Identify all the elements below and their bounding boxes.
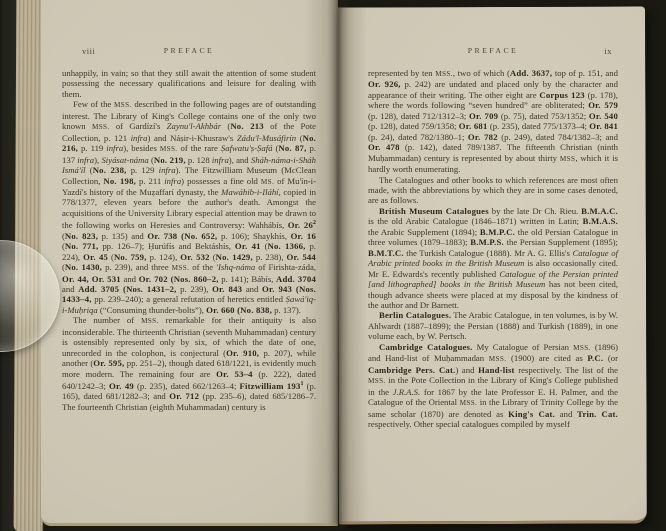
page-number-right: ix: [604, 46, 612, 56]
text-run: the Persian Supplement (1895);: [504, 237, 618, 247]
text-run: p. 239), and three: [102, 262, 172, 272]
text-run: No. 823,: [65, 231, 98, 241]
text-run: by the late Dr Ch. Rieu.: [489, 206, 581, 216]
text-run: Cambridge Pers. Cat.: [368, 365, 455, 375]
text-run: MSS.: [435, 70, 453, 78]
text-run: Or. 540: [589, 111, 618, 121]
text-run: MSS.: [460, 399, 478, 407]
text-run: (: [261, 241, 268, 251]
text-run: P.C.: [587, 353, 603, 363]
text-run: MSS.: [160, 145, 178, 153]
text-run: Cambridge Catalogues.: [379, 342, 473, 352]
text-run: , two of which (: [453, 68, 510, 78]
text-run: No. 219,: [154, 155, 186, 165]
text-run: No. 759,: [114, 252, 147, 262]
text-run: Or. 45: [83, 252, 108, 262]
text-run: (: [221, 121, 230, 131]
text-run: Or. 41: [235, 241, 261, 251]
text-run: p. 128: [186, 155, 212, 165]
text-run: pp. 239–240); a general refutation of he…: [92, 294, 286, 304]
left-page-body: unhappily, in vain; so that they still a…: [62, 68, 316, 412]
left-page-text: viii PREFACE unhappily, in vain; so that…: [62, 46, 316, 412]
text-run: of the rare: [177, 143, 220, 153]
book-gutter: [327, 0, 349, 529]
text-run: The Catalogues and other books to which …: [368, 175, 618, 206]
text-run: Or. 660 (No. 838,: [206, 305, 272, 315]
text-run: King's Cat.: [508, 409, 555, 419]
text-run: Or. 681: [459, 121, 488, 131]
text-run: p. 124),: [147, 252, 181, 262]
text-run: No. 198,: [103, 176, 136, 186]
text-run: p. 238),: [253, 252, 287, 262]
text-run: B.M.T.C.: [368, 248, 404, 258]
text-run: J.R.A.S.: [393, 387, 421, 397]
text-run: Hand-list: [478, 365, 515, 375]
text-run: unhappily, in vain; so that they still a…: [62, 68, 316, 99]
text-run: British Museum Catalogues: [379, 206, 489, 216]
paragraph: represented by ten MSS., two of which (A…: [368, 68, 618, 175]
text-run: Or. 782: [468, 132, 498, 142]
text-run: MSS.: [573, 344, 591, 352]
text-run: No. 1429,: [216, 252, 253, 262]
text-run: B.M.P.C.: [480, 227, 515, 237]
text-run: of Gardízí's: [110, 121, 167, 131]
text-run: No. 1366,: [268, 241, 306, 251]
text-run: infra: [77, 155, 94, 165]
running-title-left: PREFACE: [62, 46, 316, 55]
left-page-header: viii PREFACE: [62, 46, 316, 68]
text-run: No. 213: [230, 121, 264, 131]
text-run: and: [62, 284, 78, 294]
right-page-text: PREFACE ix represented by ten MSS., two …: [368, 46, 618, 429]
text-run: MSS.: [489, 355, 507, 363]
paragraph: British Museum Catalogues by the late Dr…: [368, 206, 618, 311]
text-run: Add. 3637,: [510, 68, 552, 78]
text-run: infra: [131, 133, 148, 143]
right-page-body: represented by ten MSS., two of which (A…: [368, 68, 618, 429]
paragraph: Few of the MSS. described in the followi…: [62, 99, 316, 315]
text-run: My Catalogue of Persian: [473, 342, 574, 352]
right-page-header: PREFACE ix: [368, 46, 618, 68]
paragraph: Cambridge Catalogues. My Catalogue of Pe…: [368, 342, 618, 430]
book-photo-backdrop: viii PREFACE unhappily, in vain; so that…: [0, 0, 666, 531]
text-run: Or. 926,: [368, 79, 401, 89]
text-run: (p. 128), dated 759/1358;: [368, 121, 459, 131]
text-run: MSS.: [114, 101, 132, 109]
text-run: MSS.: [172, 264, 190, 272]
paragraph: unhappily, in vain; so that they still a…: [62, 68, 316, 99]
text-run: Or. 595,: [93, 358, 124, 368]
text-run: Trin. Cat.: [577, 409, 618, 419]
text-run: MSS: [560, 155, 575, 163]
text-run: (p. 24), dated 782/1380–1;: [368, 132, 468, 142]
text-run: the Arabic Supplement (1894);: [368, 227, 480, 237]
text-run: Ṣafwatu'ṣ-Ṣafá: [221, 143, 273, 153]
text-run: Add. 3704: [276, 274, 316, 284]
text-run: p. 129: [127, 165, 159, 175]
text-run: (p. 235), dated 662/1263–4;: [134, 381, 240, 391]
paragraph: The Catalogues and other books to which …: [368, 175, 618, 206]
text-run: p. 141); Bábís,: [219, 274, 276, 284]
text-run: MS.: [261, 178, 274, 186]
text-run: Or. 532: [180, 252, 209, 262]
text-run: Few of the: [73, 99, 114, 109]
text-run: (or: [603, 353, 618, 363]
text-run: MSS.: [92, 123, 110, 131]
text-run: Zaynu'l-Akhbár: [167, 121, 221, 131]
text-run: p. 135) and: [98, 231, 147, 241]
text-run: No. 238,: [93, 165, 127, 175]
text-run: Or. 579: [588, 100, 618, 110]
text-run: infra: [106, 143, 123, 153]
text-run: infra: [212, 155, 229, 165]
text-run: infra: [164, 176, 181, 186]
text-run: Or. 738 (No. 652,: [147, 231, 217, 241]
text-run: B.M.A.C.: [581, 206, 618, 216]
text-run: the Turkish Catalogue (1888). Mr A. G. E…: [404, 248, 573, 258]
text-run: Or. 478: [368, 142, 400, 152]
text-run: respectively. The list of the: [515, 365, 618, 375]
text-run: Or. 544: [287, 252, 316, 262]
text-run: Or. 712: [169, 391, 199, 401]
paragraph: Berlin Catalogues. The Arabic Catalogue,…: [368, 310, 618, 341]
text-run: top of p. 151, and: [552, 68, 618, 78]
text-run: p. 239),: [177, 284, 213, 294]
text-run: Zádu'l-Musáfirín: [237, 133, 296, 143]
text-run: Or. 16: [291, 231, 316, 241]
text-run: No. 771,: [65, 241, 99, 251]
text-run: (1900) are cited as: [506, 353, 587, 363]
text-run: ) possesses a fine old: [181, 176, 261, 186]
text-run: No. 1430,: [65, 262, 102, 272]
text-run: Or. 843: [212, 284, 242, 294]
text-run: 'Ishq-náma: [216, 262, 255, 272]
fore-edge-right: [657, 22, 666, 500]
text-run: MSS.: [141, 317, 159, 325]
text-run: is the old Arabic Catalogue (1846–1871) …: [368, 216, 583, 226]
text-run: Berlin Catalogues.: [379, 310, 451, 320]
text-run: Or. 702 (Nos. 860–2,: [139, 274, 219, 284]
text-run: ) and Náṣir-i-Khusraw's: [148, 133, 237, 143]
text-run: Or. 44, Or. 531: [62, 274, 121, 284]
text-run: (p. 235), dated 775/1373–4;: [488, 121, 590, 131]
text-run: 2: [313, 220, 316, 226]
text-run: B.M.A.S.: [583, 216, 618, 226]
text-run: (p. 128), dated 712/1312–3;: [368, 111, 469, 121]
text-run: Or. 49: [109, 381, 134, 391]
text-run: The number of: [73, 315, 141, 325]
text-run: Mawáhib-i-Iláhí: [221, 187, 278, 197]
text-run: (: [86, 165, 93, 175]
text-run: Or. 841: [589, 121, 618, 131]
text-run: Or. 26: [288, 220, 313, 230]
text-run: (“Consuming thunder-bolts”),: [98, 305, 206, 315]
text-run: Add. 3705 (Nos. 1431–2,: [78, 284, 176, 294]
text-run: MSS.: [368, 377, 386, 385]
text-run: respectively. Other special catalogues c…: [368, 419, 570, 429]
text-run: B.M.P.S.: [470, 237, 504, 247]
running-title-right: PREFACE: [368, 46, 618, 55]
text-run: of the: [189, 262, 216, 272]
text-run: p. 211: [136, 176, 164, 186]
text-run: pp. 126–7); Ḥurúfís and Bektáshís,: [98, 241, 234, 251]
text-run: represented by ten: [368, 68, 435, 78]
text-run: Fitzwilliam 193: [239, 381, 300, 391]
text-run: Or. 53–4: [216, 369, 253, 379]
text-run: Or. 910,: [226, 348, 259, 358]
text-run: infra: [159, 165, 176, 175]
text-run: p. 137).: [272, 305, 301, 315]
text-run: No. 87,: [278, 143, 306, 153]
text-run: and: [555, 409, 577, 419]
text-run: (p. 75), dated 753/1352;: [498, 111, 589, 121]
text-run: Or. 709: [469, 111, 498, 121]
text-run: Siyásat-náma: [101, 155, 148, 165]
text-run: and: [242, 284, 262, 294]
text-run: (p. 249), dated 784/1382–3; and: [498, 132, 618, 142]
paragraph: The number of MSS. remarkable for their …: [62, 315, 316, 412]
text-run: Corpus 123: [539, 90, 584, 100]
text-run: of Firishta-záda,: [255, 262, 316, 272]
text-run: ), besides: [123, 143, 160, 153]
text-run: and: [121, 274, 139, 284]
text-run: ) and: [455, 365, 478, 375]
text-run: ), and: [229, 155, 251, 165]
text-run: p. 119: [78, 143, 106, 153]
text-run: p. 106); Shaykhís,: [217, 231, 290, 241]
